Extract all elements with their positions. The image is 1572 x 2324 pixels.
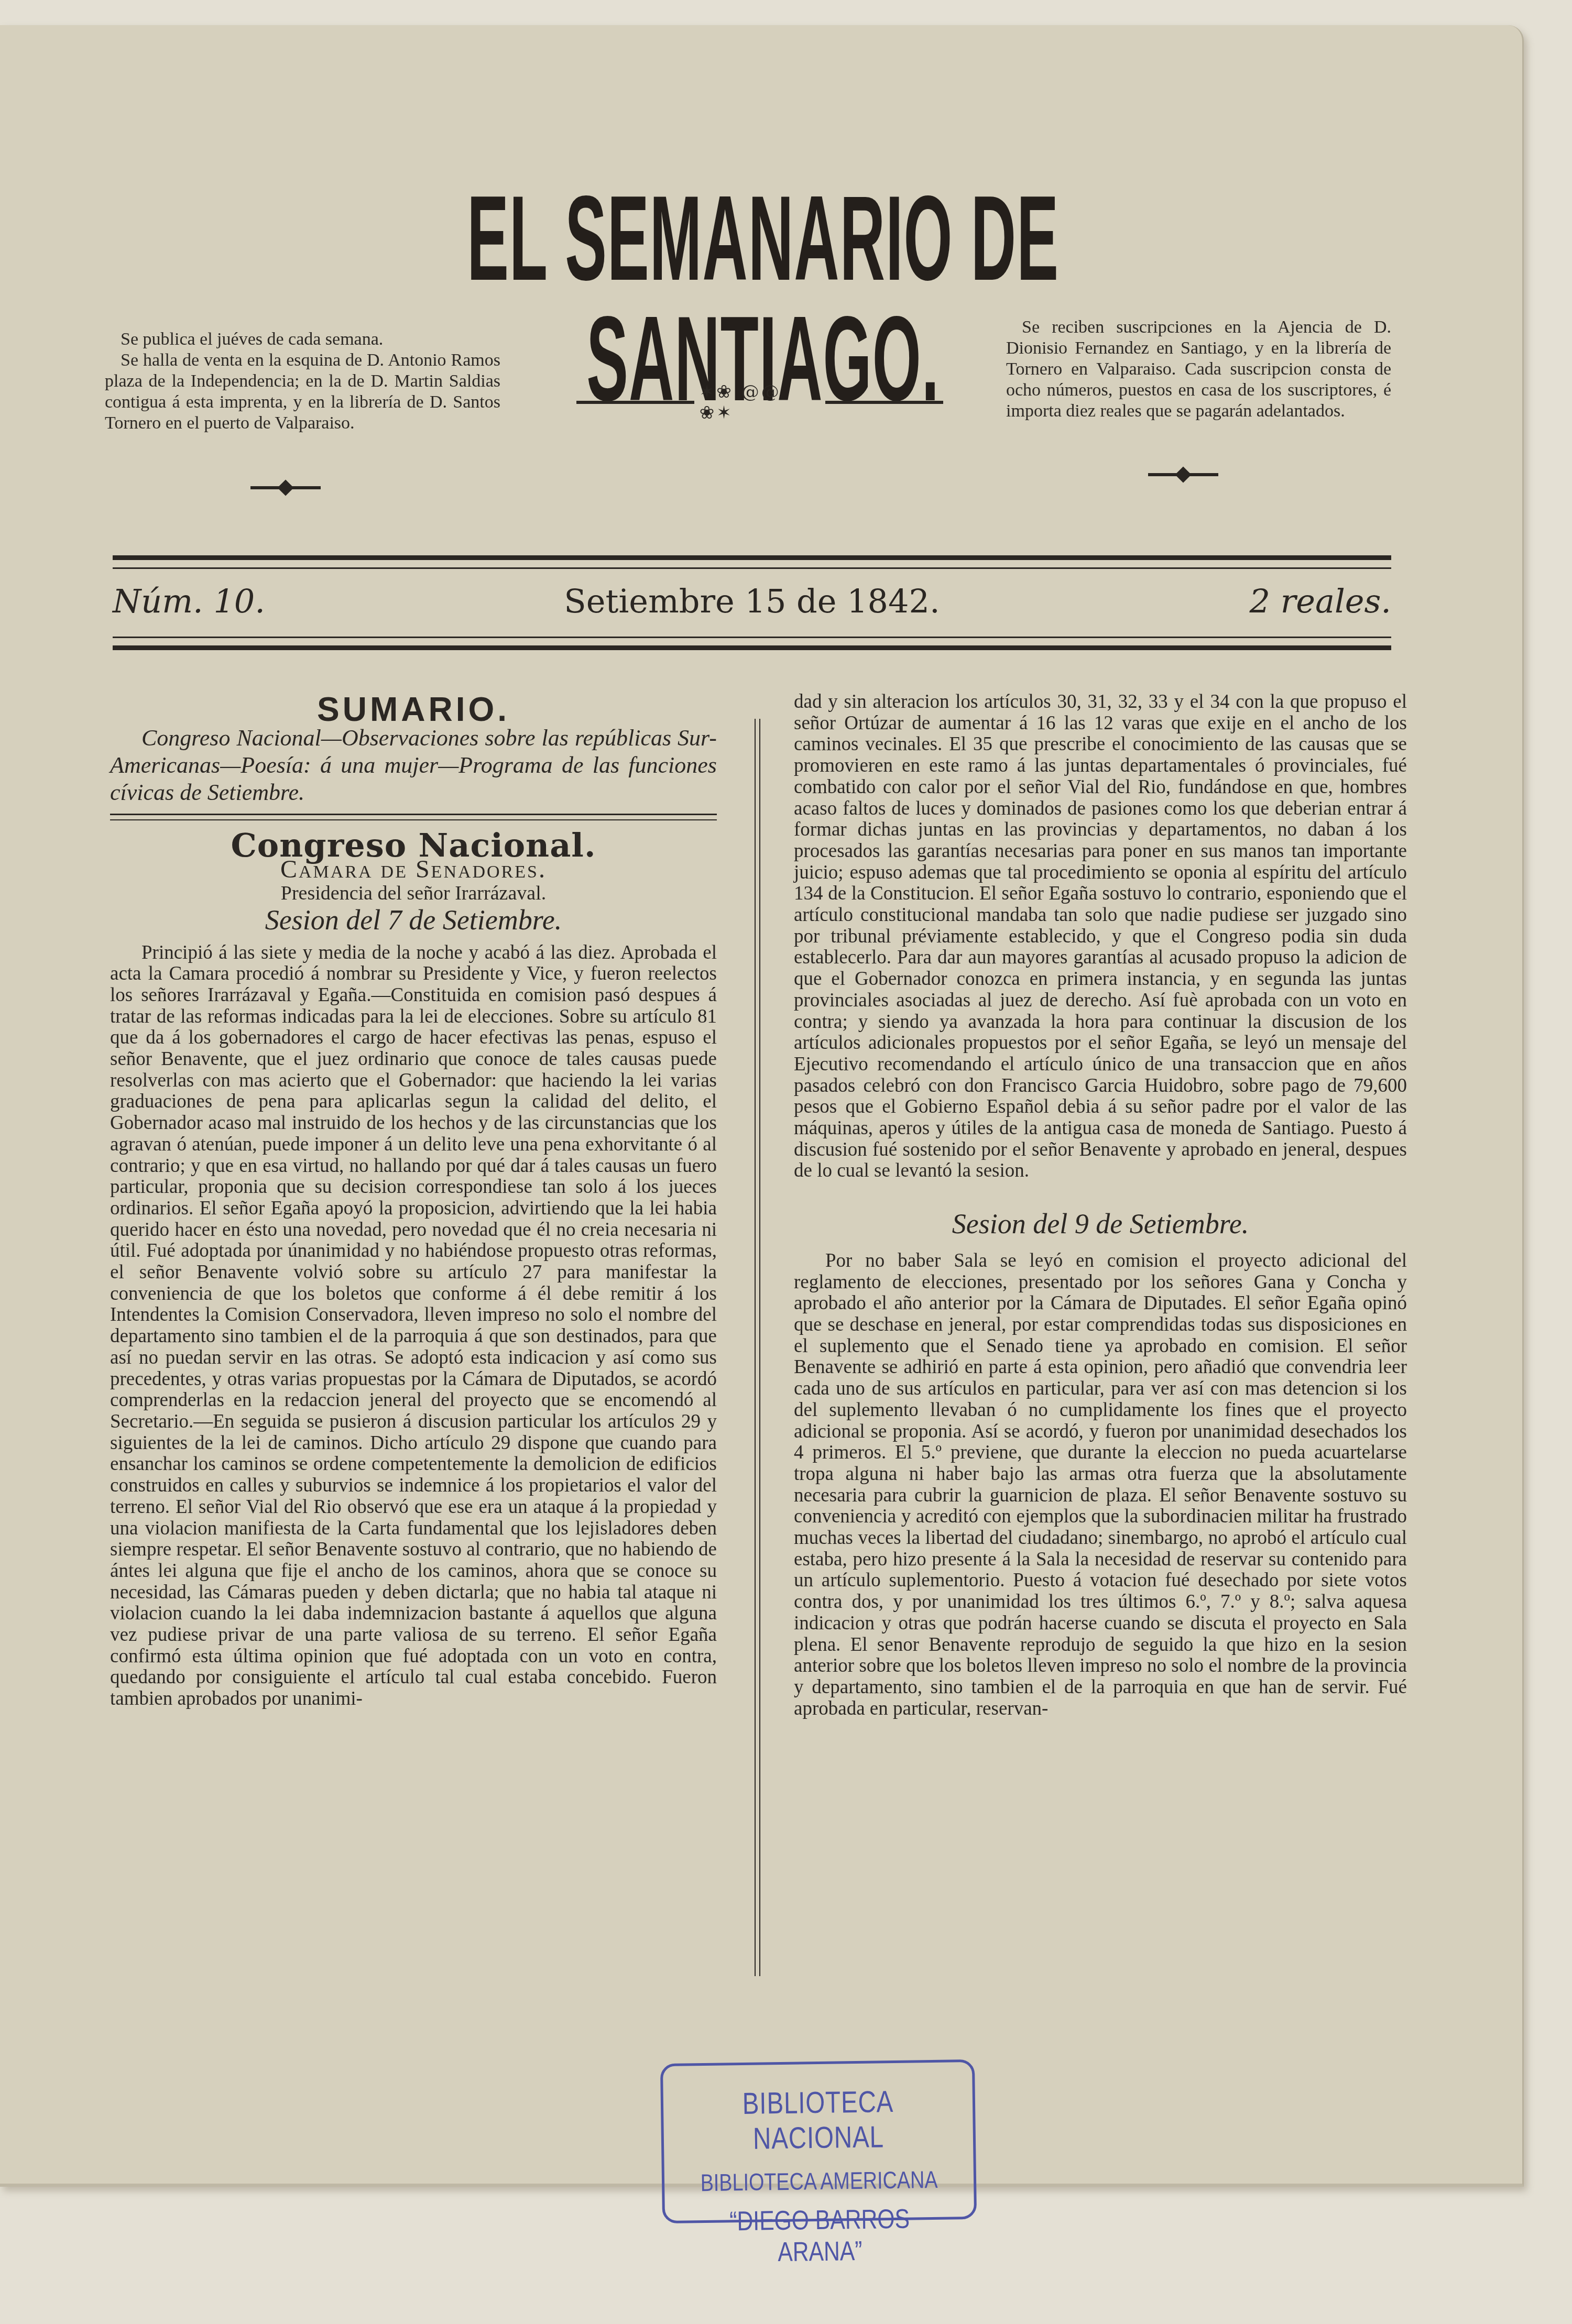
diamond-icon bbox=[277, 479, 293, 496]
diamond-icon bbox=[1175, 466, 1191, 483]
session-heading-1: Sesion del 7 de Setiembre. bbox=[110, 909, 717, 931]
dateline-rule-bottom bbox=[113, 637, 1391, 650]
stamp-line-2: BIBLIOTECA AMERICANA bbox=[692, 2165, 946, 2197]
column-left: SUMARIO. Congreso Nacional—Observaciones… bbox=[110, 692, 717, 1710]
column-right: dad y sin alteracion los artículos 30, 3… bbox=[794, 692, 1407, 1719]
right-dash-ornament bbox=[1141, 469, 1225, 480]
left-dash-ornament bbox=[244, 482, 327, 494]
dateline-rule-top bbox=[113, 555, 1391, 569]
column-divider bbox=[755, 719, 760, 1976]
issue-date: Setiembre 15 de 1842. bbox=[113, 580, 1391, 622]
summary-title: SUMARIO. bbox=[110, 699, 717, 720]
stamp-line-3: “DIEGO BARROS ARANA” bbox=[693, 2203, 947, 2270]
subscription-text: Se reciben suscripciones en la Ajencia d… bbox=[1006, 317, 1391, 422]
publication-schedule: Se publica el juéves de cada semana. bbox=[105, 329, 500, 350]
subscription-info: Se reciben suscripciones en la Ajencia d… bbox=[1006, 317, 1391, 422]
stamp-line-1: BIBLIOTECA NACIONAL bbox=[691, 2084, 946, 2157]
library-stamp: BIBLIOTECA NACIONAL BIBLIOTECA AMERICANA… bbox=[660, 2059, 977, 2223]
section-title: Congreso Nacional. bbox=[110, 835, 717, 857]
section-separator bbox=[110, 814, 717, 820]
ornament-bar-left bbox=[576, 401, 694, 404]
publication-info: Se publica el juéves de cada semana. Se … bbox=[105, 329, 500, 434]
session-1-text-right: dad y sin alteracion los artículos 30, 3… bbox=[794, 692, 1407, 1182]
presidency-line: Presidencia del señor Irarrázaval. bbox=[110, 883, 717, 904]
dateline: Núm. 10. Setiembre 15 de 1842. 2 reales. bbox=[113, 555, 1391, 650]
session-2-text: Por no baber Sala se leyó en comision el… bbox=[794, 1251, 1407, 1719]
sales-locations: Se halla de venta en la esquina de D. An… bbox=[105, 350, 500, 434]
chamber-heading: Camara de Senadores. bbox=[110, 859, 717, 881]
flourish-icon: ✶❀ @@ ❀✶ bbox=[700, 381, 820, 423]
session-1-text-left: Principió á las siete y media de la noch… bbox=[110, 942, 717, 1710]
session-heading-2: Sesion del 9 de Setiembre. bbox=[794, 1213, 1407, 1235]
center-ornament: ✶❀ @@ ❀✶ bbox=[576, 381, 943, 423]
summary-body: Congreso Nacional—Observaciones sobre la… bbox=[110, 725, 717, 806]
ornament-bar-right bbox=[825, 401, 943, 404]
issue-price: 2 reales. bbox=[1250, 580, 1392, 622]
